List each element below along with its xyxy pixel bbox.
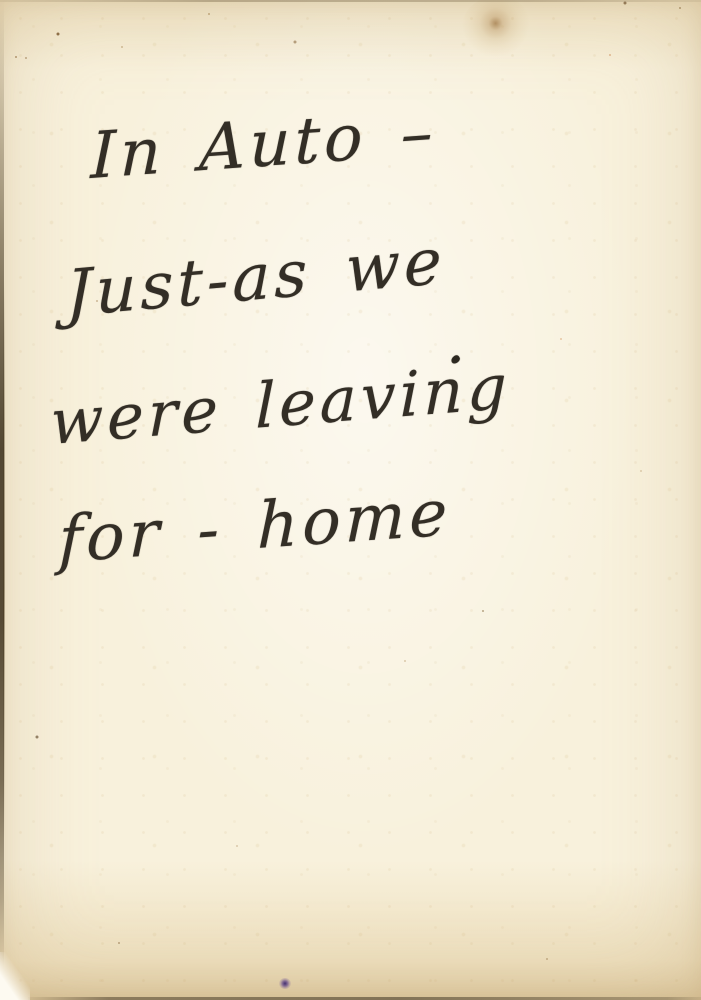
purple-ink-dot: [279, 978, 291, 989]
photo-back-scan: In Auto – Just-as we were leaving for - …: [0, 0, 701, 1000]
scan-edge-top: [0, 0, 701, 2]
paper-corner-bottom-left: [0, 952, 30, 1000]
scan-edge-left-inner: [3, 280, 5, 840]
